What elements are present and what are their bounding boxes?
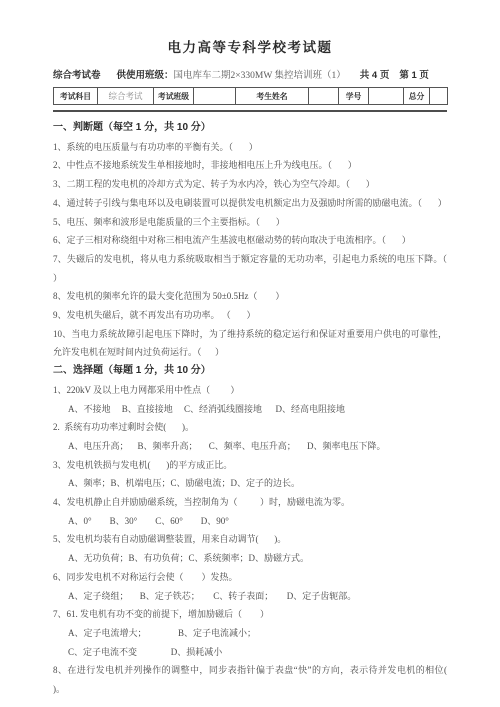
- header-divider: [53, 110, 447, 112]
- judgment-question-1: 1、系统的电压质量与有功功率的平衡有关。（ ）: [53, 138, 447, 157]
- student-name-label-cell: 考生姓名: [236, 88, 309, 105]
- judgment-question-6: 6、定子三相对称绕组中对称三相电流产生基波电枢磁动势的转向取决于电流相序。（ ）: [53, 231, 447, 250]
- choice-question-3: 3、发电机铁损与发电机( )的平方成正比。: [53, 456, 447, 475]
- choice-question-6: 6、同步发电机不对称运行会使（ ）发热。: [53, 568, 447, 587]
- class-assignment-label: 供使用班级：: [117, 70, 174, 81]
- total-pages: 共 4 页: [360, 70, 390, 81]
- score-label-cell: 总分: [404, 88, 430, 105]
- choice-options-6: A、定子绕组； B、定子铁芯； C、转子表面； D、定子齿轭部。: [53, 587, 447, 606]
- paper-type-label: 综合考试卷: [53, 70, 101, 81]
- choice-options-5: A、无功负荷；B、有功负荷；C、系统频率；D、励磁方式。: [53, 549, 447, 568]
- choice-question-4: 4、发电机静止自并励励磁系统，当控制角为（ ）时，励磁电流为零。: [53, 493, 447, 512]
- choice-question-1: 1、220kV 及以上电力网都采用中性点（ ）: [53, 381, 447, 400]
- judgment-question-2: 2、中性点不接地系统发生单相接地时，非接地相电压上升为线电压。（ ）: [53, 156, 447, 175]
- judgment-question-9: 9、发电机失磁后，就不再发出有功功率。 （ ）: [53, 306, 447, 325]
- student-id-label-cell: 学号: [339, 88, 369, 105]
- choice-question-8: 8、在进行发电机并列操作的调整中，同步表指针偏于表盘“快”的方向，表示待并发电机…: [53, 661, 447, 698]
- choice-options-3: A、频率；B、机端电压；C、励磁电流；D、定子的边长。: [53, 474, 447, 493]
- judgment-question-5: 5、电压、频率和波形是电能质量的三个主要指标。（ ）: [53, 213, 447, 232]
- section2-heading: 二、选择题（每题 1 分，共 10 分）: [53, 362, 447, 381]
- choice-options-2: A、电压升高； B、频率升高； C、频率、电压升高； D、频率电压下降。: [53, 437, 447, 456]
- exam-class-value-cell: [194, 88, 236, 105]
- choice-options-4: A、0° B、30° C、60° D、90°: [53, 512, 447, 531]
- judgment-question-8: 8、发电机的频率允许的最大变化范围为 50±0.5Hz（ ）: [53, 287, 447, 306]
- student-id-value-cell: [369, 88, 404, 105]
- info-table: 考试科目 综合考试 考试班级 考生姓名 学号 总分: [53, 87, 448, 105]
- choice-question-2: 2. 系统有功功率过剩时会使( )。: [53, 418, 447, 437]
- page-title: 电力高等专科学校考试题: [53, 36, 447, 56]
- exam-meta-line: 综合考试卷供使用班级：国电库车二期2×330MW 集控培训班（1）共 4 页第 …: [53, 67, 447, 81]
- student-name-value-cell: [309, 88, 339, 105]
- info-table-row: 考试科目 综合考试 考试班级 考生姓名 学号 总分: [54, 88, 448, 105]
- exam-page: 电力高等专科学校考试题 综合考试卷供使用班级：国电库车二期2×330MW 集控培…: [0, 0, 500, 699]
- choice-options-7-ab: A、定子电流增大； B、定子电流减小；: [53, 624, 447, 643]
- judgment-question-3: 3、二期工程的发电机的冷却方式为定、转子为水内冷，铁心为空气冷却。（ ）: [53, 175, 447, 194]
- judgment-question-10: 10、当电力系统故障引起电压下降时，为了维持系统的稳定运行和保证对重要用户供电的…: [53, 325, 447, 362]
- section1-heading: 一、判断题（每空 1 分，共 10 分）: [53, 119, 447, 138]
- class-assignment-value: 国电库车二期2×330MW 集控培训班（1）: [174, 71, 346, 81]
- choice-options-1: A、不接地 B、直接接地 C、经消弧线圈接地 D、经高电阻接地: [53, 400, 447, 419]
- exam-class-label-cell: 考试班级: [154, 88, 194, 105]
- choice-question-7: 7、61. 发电机有功不变的前提下，增加励磁后（ ）: [53, 605, 447, 624]
- judgment-question-4: 4、通过转子引线与集电环以及电刷装置可以提供发电机额定出力及强励时所需的励磁电流…: [53, 194, 447, 213]
- subject-value-cell: 综合考试: [98, 88, 154, 105]
- current-page: 第 1 页: [399, 70, 429, 81]
- judgment-question-7: 7、失磁后的发电机，将从电力系统吸取相当于额定容量的无功功率，引起电力系统的电压…: [53, 250, 447, 287]
- choice-question-5: 5、发电机均装有自动励磁调整装置，用来自动调节( )。: [53, 530, 447, 549]
- score-value-cell: [430, 88, 448, 105]
- subject-label-cell: 考试科目: [54, 88, 98, 105]
- choice-options-7-cd: C、定子电流不变 D、损耗减小: [53, 643, 447, 662]
